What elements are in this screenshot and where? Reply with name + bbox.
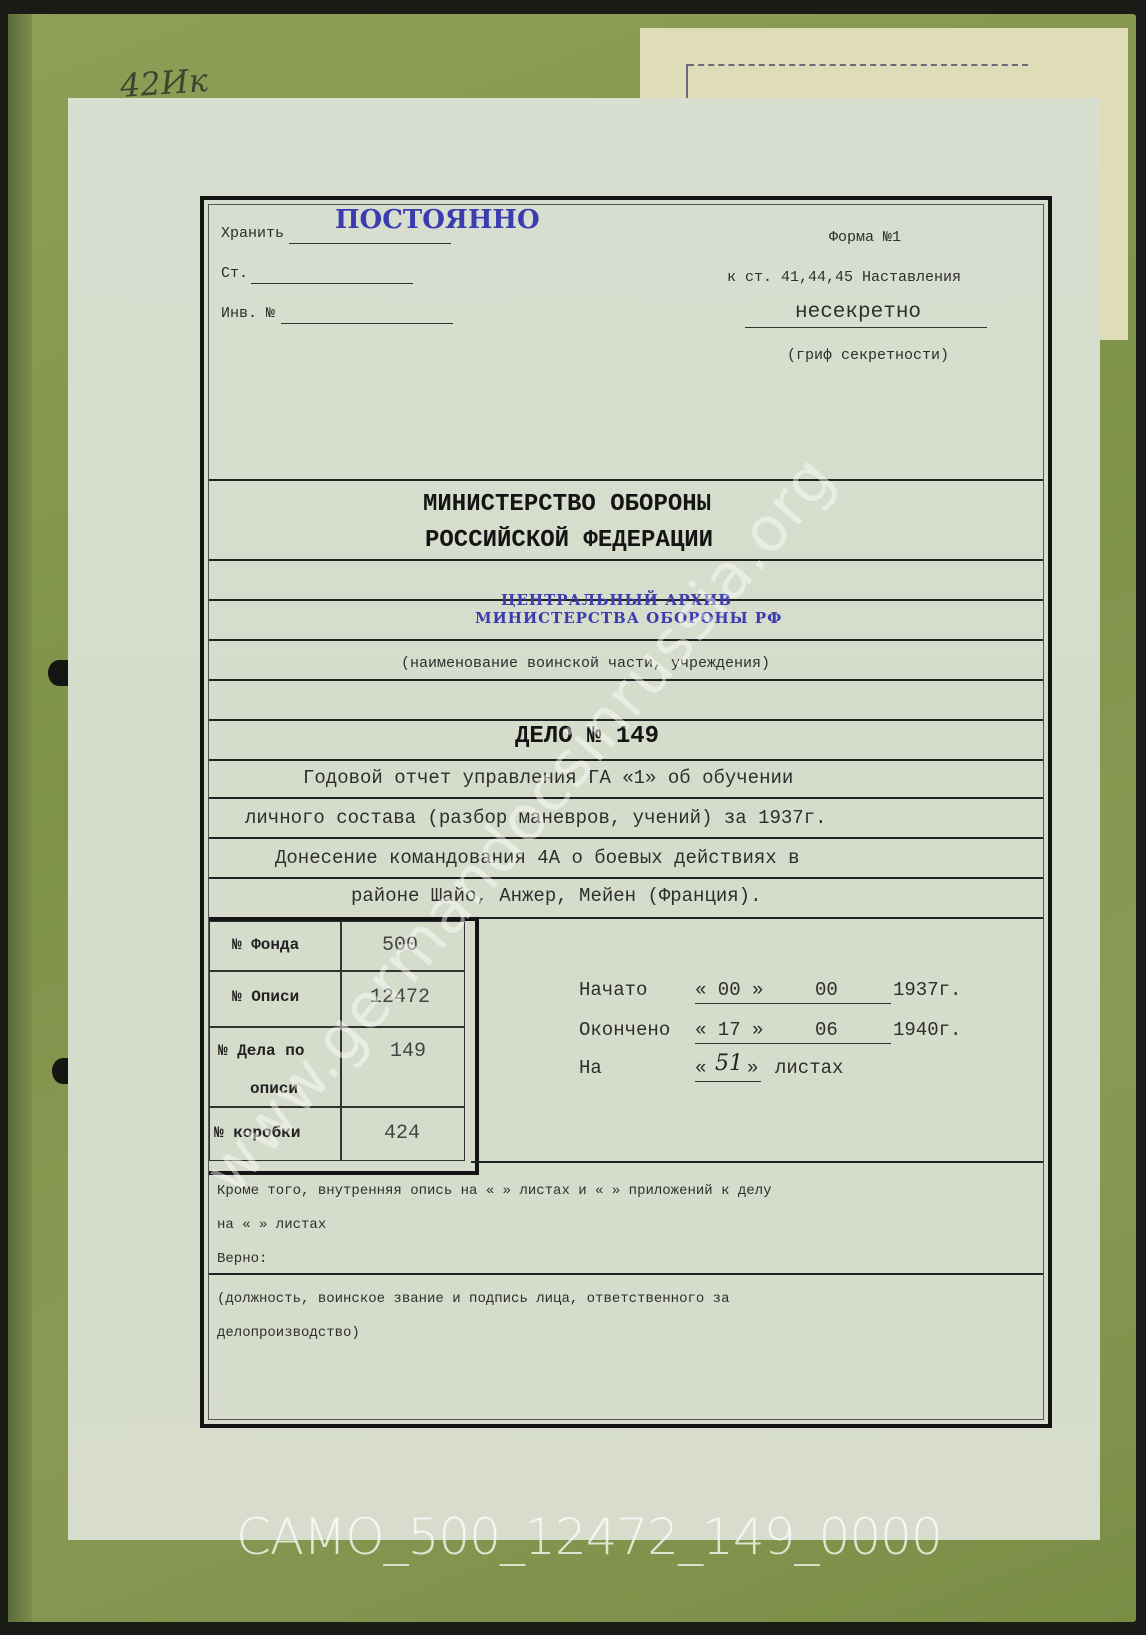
signature-caption-line-1: (должность, воинское звание и подпись ли… [217, 1291, 729, 1307]
article-label: Ст. [221, 265, 248, 282]
form-number: Форма №1 [829, 229, 901, 246]
started-year: 1937г. [893, 979, 961, 1001]
sheets-close-quote: » [747, 1057, 758, 1079]
divider [471, 1161, 1043, 1163]
archive-id-watermark: CAMO_500_12472_149_0000 [236, 1508, 942, 1566]
inventory-note-line-1: Кроме того, внутренняя опись на « » лист… [217, 1183, 772, 1199]
started-day: « 00 » [695, 979, 763, 1001]
ended-day: « 17 » [695, 1019, 763, 1041]
inventory-note-line-2: на « » листах [217, 1217, 326, 1233]
inventory-list-label: № Описи [232, 988, 299, 1006]
unit-caption: (наименование воинской части, учреждения… [401, 655, 770, 672]
verified-label: Верно: [217, 1251, 267, 1267]
secrecy-underline [745, 327, 987, 328]
ministry-line-1: МИНИСТЕРСТВО ОБОРОНЫ [423, 491, 711, 518]
ministry-line-2: РОССИЙСКОЙ ФЕДЕРАЦИИ [425, 527, 713, 554]
divider [209, 837, 1043, 839]
sheets-label: На [579, 1057, 602, 1079]
table-cell: 424 [341, 1107, 465, 1161]
keep-stamp: ПОСТОЯННО [335, 205, 540, 235]
sheets-underline [695, 1081, 761, 1082]
divider [209, 759, 1043, 761]
article-underline [251, 283, 413, 284]
table-cell: № Фонда [209, 921, 341, 971]
form-reference: к ст. 41,44,45 Наставления [727, 269, 961, 286]
started-month: 00 [815, 979, 838, 1001]
divider [209, 797, 1043, 799]
dashed-line [688, 64, 1028, 66]
signature-caption-line-2: делопроизводство) [217, 1325, 360, 1341]
secrecy-caption: (гриф секретности) [787, 347, 949, 364]
ended-label: Окончено [579, 1019, 670, 1041]
secrecy-value: несекретно [795, 301, 921, 324]
binder-hole-icon [48, 660, 70, 686]
case-number-value: 149 [390, 1040, 426, 1063]
file-cover-form: Хранить ПОСТОЯННО Ст. Инв. № Форма №1 к … [200, 196, 1052, 1428]
sheets-value: 51 [715, 1051, 743, 1076]
form-inner-border: Хранить ПОСТОЯННО Ст. Инв. № Форма №1 к … [208, 204, 1044, 1420]
folder-spine [8, 14, 32, 1622]
ended-month: 06 [815, 1019, 838, 1041]
sheets-suffix: листах [775, 1057, 843, 1079]
inventory-underline [281, 323, 453, 324]
divider [209, 479, 1043, 481]
sheets-open-quote: « [695, 1057, 706, 1079]
box-value: 424 [384, 1122, 420, 1145]
started-label: Начато [579, 979, 647, 1001]
started-underline [695, 1003, 891, 1004]
inventory-label: Инв. № [221, 305, 275, 322]
divider [209, 1273, 1043, 1275]
divider [209, 877, 1043, 879]
keep-underline [289, 243, 451, 244]
divider [209, 559, 1043, 561]
keep-label: Хранить [221, 225, 284, 242]
ended-year: 1940г. [893, 1019, 961, 1041]
fund-label: № Фонда [232, 936, 299, 954]
ended-underline [695, 1043, 891, 1044]
